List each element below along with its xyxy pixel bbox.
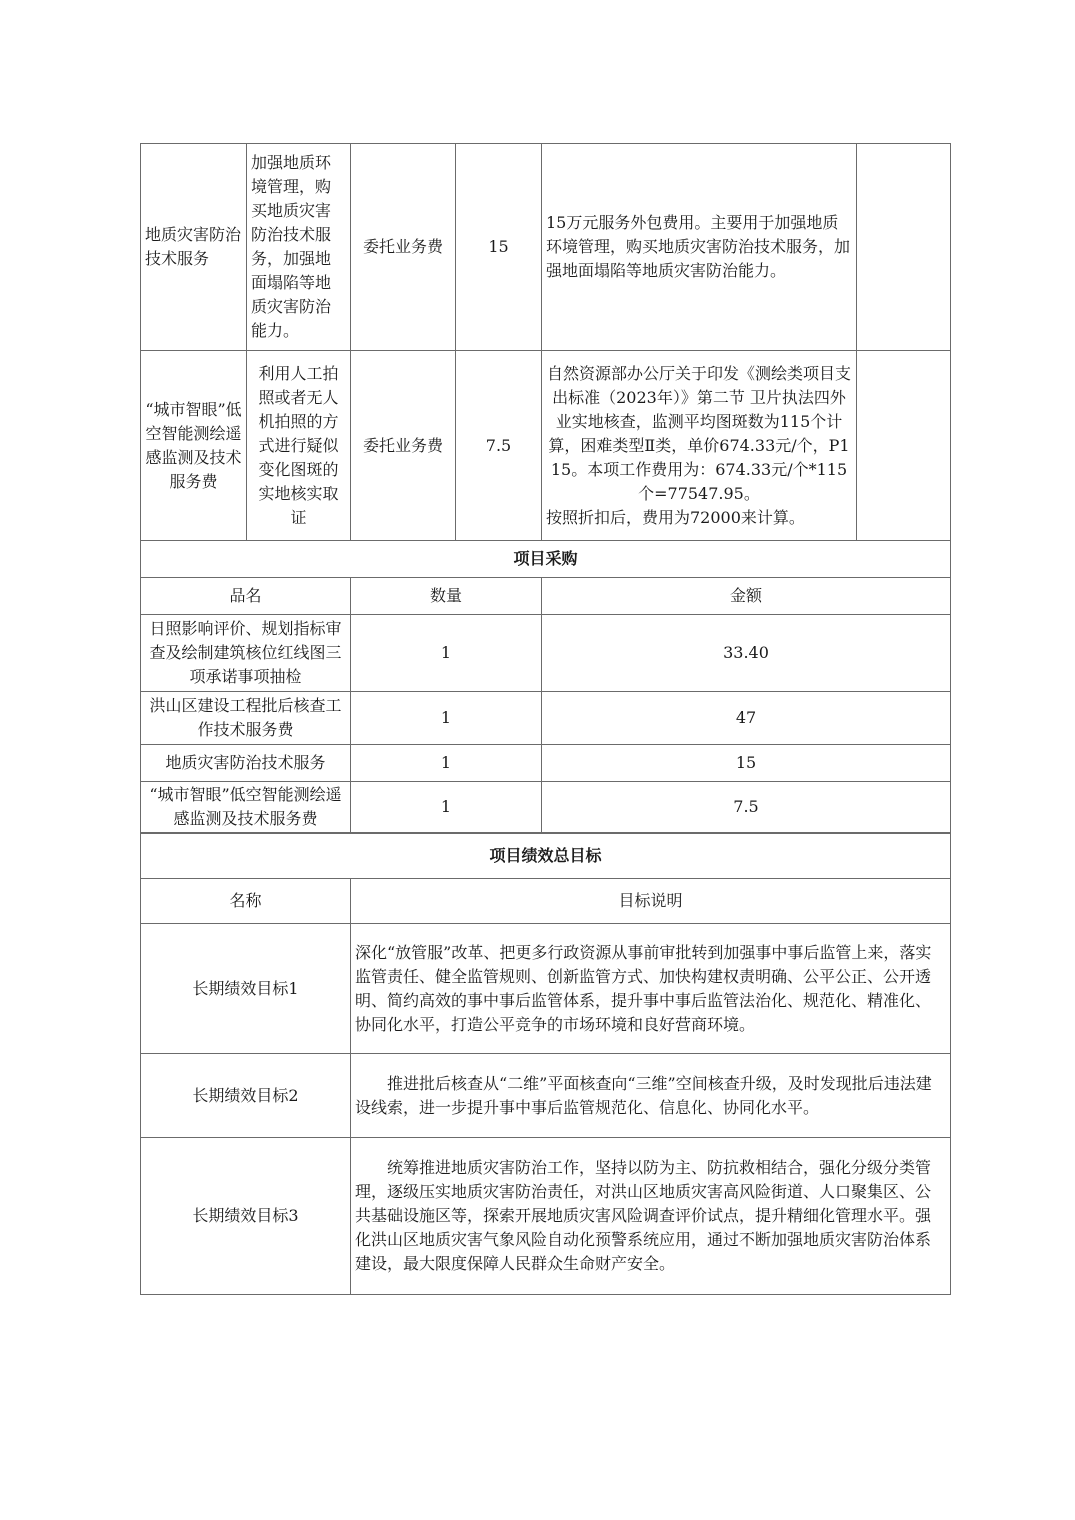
budget-item-category: 委托业务费: [351, 144, 456, 351]
performance-goal-desc: 深化“放管服”改革、把更多行政资源从事前审批转到加强事中事后监管上来，落实监管责…: [351, 924, 951, 1054]
budget-item-basis-cell: 自然资源部办公厅关于印发《测绘类项目支出标准（2023年）》第二节 卫片执法四外…: [542, 351, 857, 541]
document-page: 地质灾害防治技术服务 加强地质环境管理，购买地质灾害防治技术服务，加强地面塌陷等…: [140, 143, 950, 1295]
performance-header-row: 名称 目标说明: [141, 879, 951, 924]
performance-goal-desc: 推进批后核查从“二维”平面核查向“三维”空间核查升级，及时发现批后违法建设线索，…: [351, 1054, 951, 1138]
budget-item-note: [857, 144, 951, 351]
budget-item-basis: 15万元服务外包费用。主要用于加强地质环境管理，购买地质灾害防治技术服务，加强地…: [542, 144, 857, 351]
procurement-row: 日照影响评价、规划指标审查及绘制建筑核位红线图三项承诺事项抽检 1 33.40: [141, 614, 951, 691]
procurement-row: 洪山区建设工程批后核查工作技术服务费 1 47: [141, 691, 951, 744]
procurement-qty: 1: [351, 744, 542, 781]
performance-row: 长期绩效目标1 深化“放管服”改革、把更多行政资源从事前审批转到加强事中事后监管…: [141, 924, 951, 1054]
budget-item-content: 利用人工拍照或者无人机拍照的方式进行疑似变化图斑的实地核实取证: [247, 351, 351, 541]
performance-goal-name: 长期绩效目标3: [141, 1138, 351, 1295]
budget-item-note: [857, 351, 951, 541]
budget-table: 地质灾害防治技术服务 加强地质环境管理，购买地质灾害防治技术服务，加强地面塌陷等…: [140, 143, 951, 541]
column-header-desc: 目标说明: [351, 879, 951, 924]
column-header-name: 名称: [141, 879, 351, 924]
performance-goal-name: 长期绩效目标1: [141, 924, 351, 1054]
performance-table: 项目绩效总目标 名称 目标说明 长期绩效目标1 深化“放管服”改革、把更多行政资…: [140, 832, 951, 1295]
procurement-qty: 1: [351, 691, 542, 744]
budget-row: 地质灾害防治技术服务 加强地质环境管理，购买地质灾害防治技术服务，加强地面塌陷等…: [141, 144, 951, 351]
budget-item-name: “城市智眼”低空智能测绘遥感监测及技术服务费: [141, 351, 247, 541]
procurement-section-title: 项目采购: [141, 540, 951, 577]
procurement-amount: 47: [542, 691, 951, 744]
budget-row: “城市智眼”低空智能测绘遥感监测及技术服务费 利用人工拍照或者无人机拍照的方式进…: [141, 351, 951, 541]
budget-item-name: 地质灾害防治技术服务: [141, 144, 247, 351]
procurement-qty: 1: [351, 614, 542, 691]
performance-goal-desc: 统筹推进地质灾害防治工作，坚持以防为主、防抗救相结合，强化分级分类管理，逐级压实…: [351, 1138, 951, 1295]
performance-section-title: 项目绩效总目标: [141, 833, 951, 879]
performance-goal-name: 长期绩效目标2: [141, 1054, 351, 1138]
budget-item-basis: 自然资源部办公厅关于印发《测绘类项目支出标准（2023年）》第二节 卫片执法四外…: [546, 362, 852, 506]
budget-item-basis-tail: 按照折扣后，费用为72000来计算。: [546, 506, 852, 530]
procurement-amount: 33.40: [542, 614, 951, 691]
budget-item-content: 加强地质环境管理，购买地质灾害防治技术服务，加强地面塌陷等地质灾害防治能力。: [247, 144, 351, 351]
procurement-row: “城市智眼”低空智能测绘遥感监测及技术服务费 1 7.5: [141, 781, 951, 833]
performance-row: 长期绩效目标2 推进批后核查从“二维”平面核查向“三维”空间核查升级，及时发现批…: [141, 1054, 951, 1138]
procurement-item: 地质灾害防治技术服务: [141, 744, 351, 781]
procurement-item: 洪山区建设工程批后核查工作技术服务费: [141, 691, 351, 744]
performance-row: 长期绩效目标3 统筹推进地质灾害防治工作，坚持以防为主、防抗救相结合，强化分级分…: [141, 1138, 951, 1295]
procurement-table: 项目采购 品名 数量 金额 日照影响评价、规划指标审查及绘制建筑核位红线图三项承…: [140, 540, 951, 834]
procurement-header-row: 品名 数量 金额: [141, 577, 951, 614]
procurement-qty: 1: [351, 781, 542, 833]
procurement-item: 日照影响评价、规划指标审查及绘制建筑核位红线图三项承诺事项抽检: [141, 614, 351, 691]
procurement-item: “城市智眼”低空智能测绘遥感监测及技术服务费: [141, 781, 351, 833]
procurement-amount: 7.5: [542, 781, 951, 833]
budget-item-category: 委托业务费: [351, 351, 456, 541]
budget-item-amount: 15: [456, 144, 542, 351]
column-header-amount: 金额: [542, 577, 951, 614]
budget-item-amount: 7.5: [456, 351, 542, 541]
procurement-amount: 15: [542, 744, 951, 781]
column-header-qty: 数量: [351, 577, 542, 614]
procurement-row: 地质灾害防治技术服务 1 15: [141, 744, 951, 781]
column-header-item: 品名: [141, 577, 351, 614]
